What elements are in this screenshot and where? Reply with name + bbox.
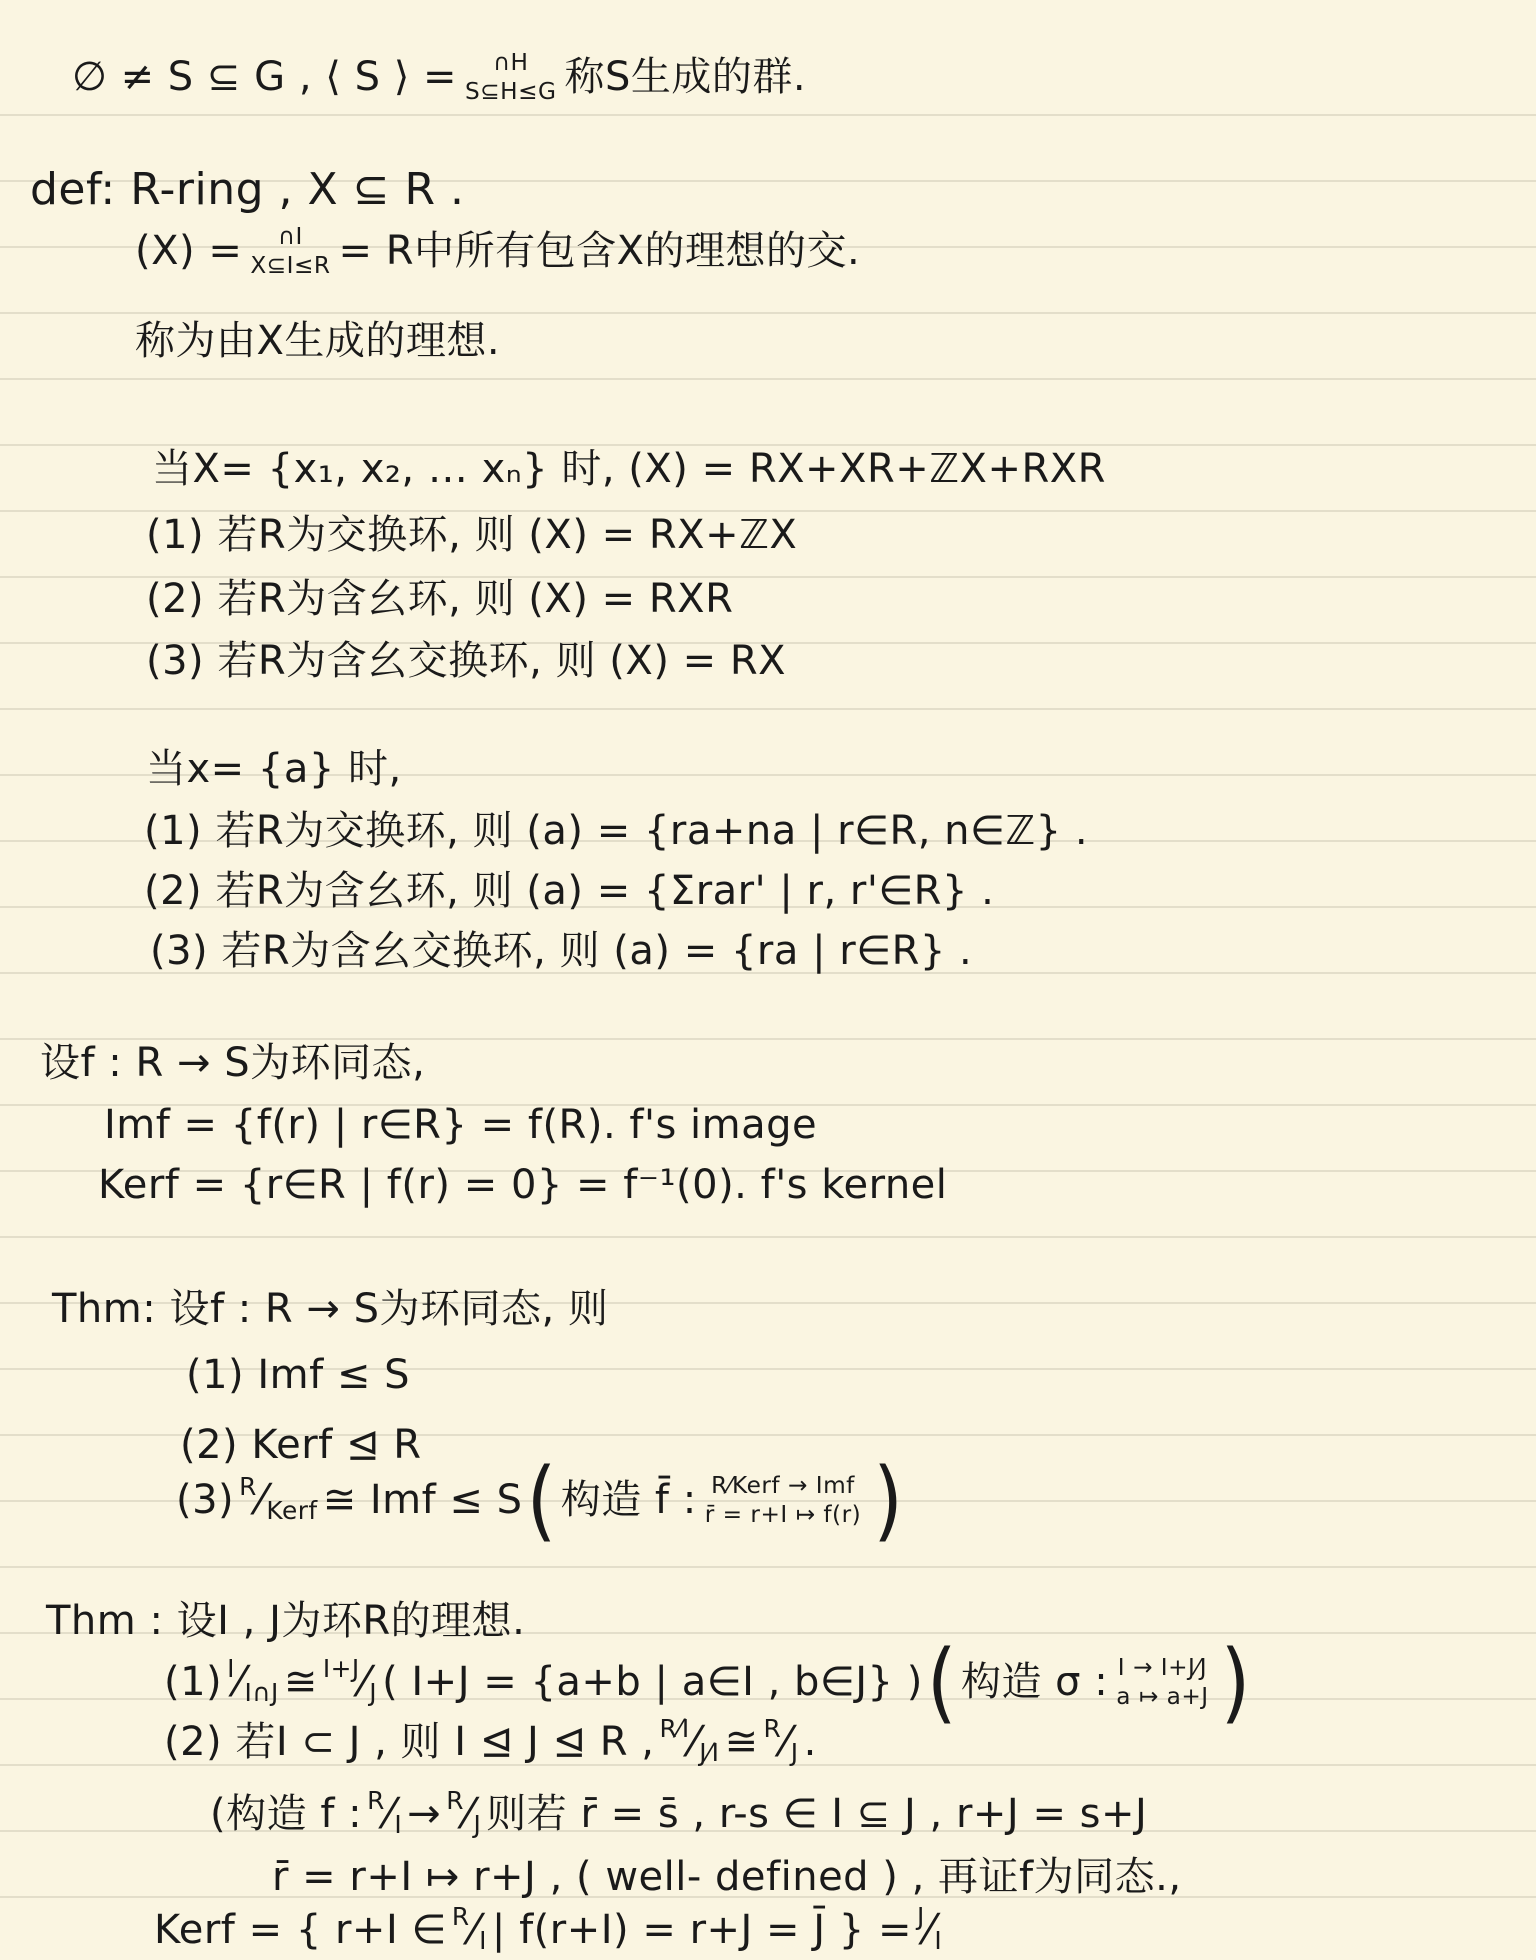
fraction-denominator: I	[934, 1926, 942, 1957]
text-run: 称S生成的群.	[565, 52, 807, 102]
note-line: Kerf = {r∈R | f(r) = 0} = f⁻¹(0). f's ke…	[98, 1160, 947, 1210]
text-run: (1) 若R为交换环, 则 (X) = RX+ℤX	[146, 510, 797, 560]
fraction-denominator: J⁄I	[699, 1738, 719, 1769]
text-run: Kerf = {r∈R | f(r) = 0} = f⁻¹(0). f's ke…	[98, 1160, 947, 1210]
math-stack: ∩IX⊆I≤R	[250, 222, 330, 280]
text-run: ( I+J = {a+b | a∈I , b∈J} )	[382, 1657, 923, 1707]
text-run: (2) 若R为含幺环, 则 (a) = {Σrar' | r, r'∈R} .	[144, 866, 994, 916]
note-line: r̄ = r+I ↦ r+J , ( well- defined ) , 再证f…	[272, 1852, 1182, 1902]
note-line: Kerf = { r+I ∈ R⁄I | f(r+I) = r+J = J̄ }…	[154, 1904, 947, 1957]
big-paren: )	[873, 1456, 903, 1543]
stack-top: I → I+J⁄J	[1118, 1653, 1207, 1682]
fraction-slash: ⁄	[258, 1474, 266, 1527]
text-run: (1) Imf ≤ S	[186, 1350, 410, 1400]
text-run: (2) 若I ⊂ J , 则 I ⊴ J ⊴ R ,	[164, 1717, 654, 1767]
text-run: (3)	[176, 1475, 234, 1525]
fraction-numerator: R	[446, 1786, 464, 1817]
fraction-denominator: J	[473, 1810, 481, 1841]
text-run: r̄ = r+I ↦ r+J , ( well- defined ) , 再证f…	[272, 1852, 1182, 1902]
fraction-numerator: I+J	[323, 1654, 360, 1685]
text-run: 当x= {a} 时,	[146, 744, 402, 794]
text-run: Thm : 设I , J为环R的理想.	[46, 1596, 525, 1646]
note-line: (2) 若R为含幺环, 则 (a) = {Σrar' | r, r'∈R} .	[144, 866, 994, 916]
fraction-slash: ⁄	[471, 1904, 479, 1957]
note-line: (1) I⁄I∩J ≅ I+J⁄J ( I+J = {a+b | a∈I , b…	[164, 1644, 1255, 1720]
stack-top: ∩I	[278, 222, 303, 251]
fraction-numerator: J	[917, 1902, 925, 1933]
fraction-denominator: I	[479, 1926, 487, 1957]
big-paren: (	[927, 1638, 957, 1725]
note-line: Thm: 设f : R → S为环同态, 则	[52, 1284, 609, 1334]
math-fraction: I+J⁄J	[323, 1656, 377, 1709]
fraction-denominator: I∩J	[245, 1678, 279, 1709]
note-line: 设f : R → S为环同态,	[40, 1038, 425, 1088]
fraction-numerator: R	[763, 1714, 781, 1745]
fraction-numerator: R	[452, 1902, 470, 1933]
text-run: (构造 f :	[210, 1789, 362, 1839]
text-run: 设f : R → S为环同态,	[40, 1038, 425, 1088]
note-line: (1) Imf ≤ S	[186, 1350, 410, 1400]
note-line: 当x= {a} 时,	[146, 744, 402, 794]
math-fraction: R⁄Kerf	[239, 1474, 317, 1527]
math-fraction: R⁄I	[452, 1904, 487, 1957]
note-line: (构造 f : R⁄I → R⁄J 则若 r̄ = s̄ , r-s ∈ I ⊆…	[210, 1788, 1147, 1841]
text-run: Thm: 设f : R → S为环同态, 则	[52, 1284, 609, 1334]
note-line: (1) 若R为交换环, 则 (a) = {ra+na | r∈R, n∈ℤ} .	[144, 806, 1088, 856]
fraction-slash: ⁄	[465, 1788, 473, 1841]
text-run: ≅ Imf ≤ S	[323, 1475, 523, 1525]
note-line: (3) R⁄Kerf ≅ Imf ≤ S (构造 f̄ : R⁄Kerf → I…	[176, 1462, 907, 1538]
stack-bottom: X⊆I≤R	[250, 251, 330, 280]
note-line: ∅ ≠ S ⊆ G , ⟨ S ⟩ =∩HS⊆H≤G 称S生成的群.	[72, 48, 806, 106]
text-run: ≅	[284, 1657, 318, 1707]
note-line: (2) 若R为含幺环, 则 (X) = RXR	[146, 574, 733, 624]
text-run: (3) 若R为含幺交换环, 则 (a) = {ra | r∈R} .	[150, 926, 972, 976]
text-run: 构造 f̄ :	[561, 1475, 697, 1525]
big-paren: (	[527, 1456, 557, 1543]
fraction-slash: ⁄	[361, 1656, 369, 1709]
note-line: (1) 若R为交换环, 则 (X) = RX+ℤX	[146, 510, 797, 560]
fraction-slash: ⁄	[691, 1716, 699, 1769]
text-run: ≅	[724, 1717, 758, 1767]
stack-bottom: S⊆H≤G	[465, 77, 556, 106]
note-line: 当X= {x₁, x₂, … xₙ} 时, (X) = RX+XR+ℤX+RXR	[152, 444, 1106, 494]
fraction-denominator: Kerf	[266, 1496, 317, 1527]
note-line: 称为由X生成的理想.	[135, 316, 500, 366]
text-run: = R中所有包含X的理想的交.	[339, 226, 861, 276]
math-fraction: R⁄I	[367, 1788, 402, 1841]
fraction-numerator: R⁄I	[659, 1714, 689, 1745]
fraction-denominator: J	[791, 1738, 799, 1769]
text-run: (3) 若R为含幺交换环, 则 (X) = RX	[146, 636, 786, 686]
fraction-slash: ⁄	[236, 1656, 244, 1709]
stack-top: ∩H	[493, 48, 528, 77]
notebook-page: ∅ ≠ S ⊆ G , ⟨ S ⟩ =∩HS⊆H≤G 称S生成的群.def: R…	[0, 0, 1536, 1960]
note-line: (3) 若R为含幺交换环, 则 (X) = RX	[146, 636, 786, 686]
fraction-denominator: J	[369, 1678, 377, 1709]
fraction-denominator: I	[394, 1810, 402, 1841]
text-run: (1) 若R为交换环, 则 (a) = {ra+na | r∈R, n∈ℤ} .	[144, 806, 1088, 856]
text-run: 当X= {x₁, x₂, … xₙ} 时, (X) = RX+XR+ℤX+RXR	[152, 444, 1106, 494]
math-fraction: R⁄J	[446, 1788, 481, 1841]
text-run: →	[407, 1789, 441, 1839]
note-line: def: R-ring , X ⊆ R .	[30, 162, 465, 217]
note-line: (2) 若I ⊂ J , 则 I ⊴ J ⊴ R , R⁄I⁄J⁄I ≅ R⁄J…	[164, 1716, 817, 1769]
text-run: Kerf = { r+I ∈	[154, 1905, 447, 1955]
note-line: (X) =∩IX⊆I≤R = R中所有包含X的理想的交.	[135, 222, 860, 280]
math-fraction: I⁄I∩J	[227, 1656, 279, 1709]
math-stack: I → I+J⁄Ja ↦ a+J	[1116, 1653, 1208, 1711]
note-line: Thm : 设I , J为环R的理想.	[46, 1596, 525, 1646]
text-run: Imf = {f(r) | r∈R} = f(R). f's image	[104, 1100, 817, 1150]
fraction-slash: ⁄	[926, 1904, 934, 1957]
text-run: 构造 σ :	[961, 1657, 1108, 1707]
stack-bottom: r̄ = r+I ↦ f(r)	[705, 1500, 861, 1529]
text-run: | f(r+I) = r+J = J̄ } =	[492, 1905, 912, 1955]
text-run: 则若 r̄ = s̄ , r-s ∈ I ⊆ J , r+J = s+J	[486, 1789, 1147, 1839]
text-run: .	[804, 1717, 817, 1767]
stack-bottom: a ↦ a+J	[1116, 1682, 1208, 1711]
fraction-numerator: I	[227, 1654, 235, 1685]
text-run: def: R-ring , X ⊆ R .	[30, 162, 465, 217]
fraction-numerator: R	[239, 1472, 257, 1503]
fraction-numerator: R	[367, 1786, 385, 1817]
text-run: ∅ ≠ S ⊆ G , ⟨ S ⟩ =	[72, 52, 457, 102]
math-fraction: R⁄I⁄J⁄I	[659, 1716, 719, 1769]
note-line: Imf = {f(r) | r∈R} = f(R). f's image	[104, 1100, 817, 1150]
math-stack: R⁄Kerf → Imfr̄ = r+I ↦ f(r)	[705, 1471, 861, 1529]
note-line: (3) 若R为含幺交换环, 则 (a) = {ra | r∈R} .	[150, 926, 972, 976]
math-fraction: J⁄I	[917, 1904, 942, 1957]
text-run: (1)	[164, 1657, 222, 1707]
text-run: (X) =	[135, 226, 242, 276]
text-run: 称为由X生成的理想.	[135, 316, 500, 366]
fraction-slash: ⁄	[386, 1788, 394, 1841]
fraction-slash: ⁄	[782, 1716, 790, 1769]
stack-top: R⁄Kerf → Imf	[711, 1471, 855, 1500]
math-stack: ∩HS⊆H≤G	[465, 48, 556, 106]
big-paren: )	[1221, 1638, 1251, 1725]
text-run: (2) 若R为含幺环, 则 (X) = RXR	[146, 574, 733, 624]
math-fraction: R⁄J	[763, 1716, 798, 1769]
